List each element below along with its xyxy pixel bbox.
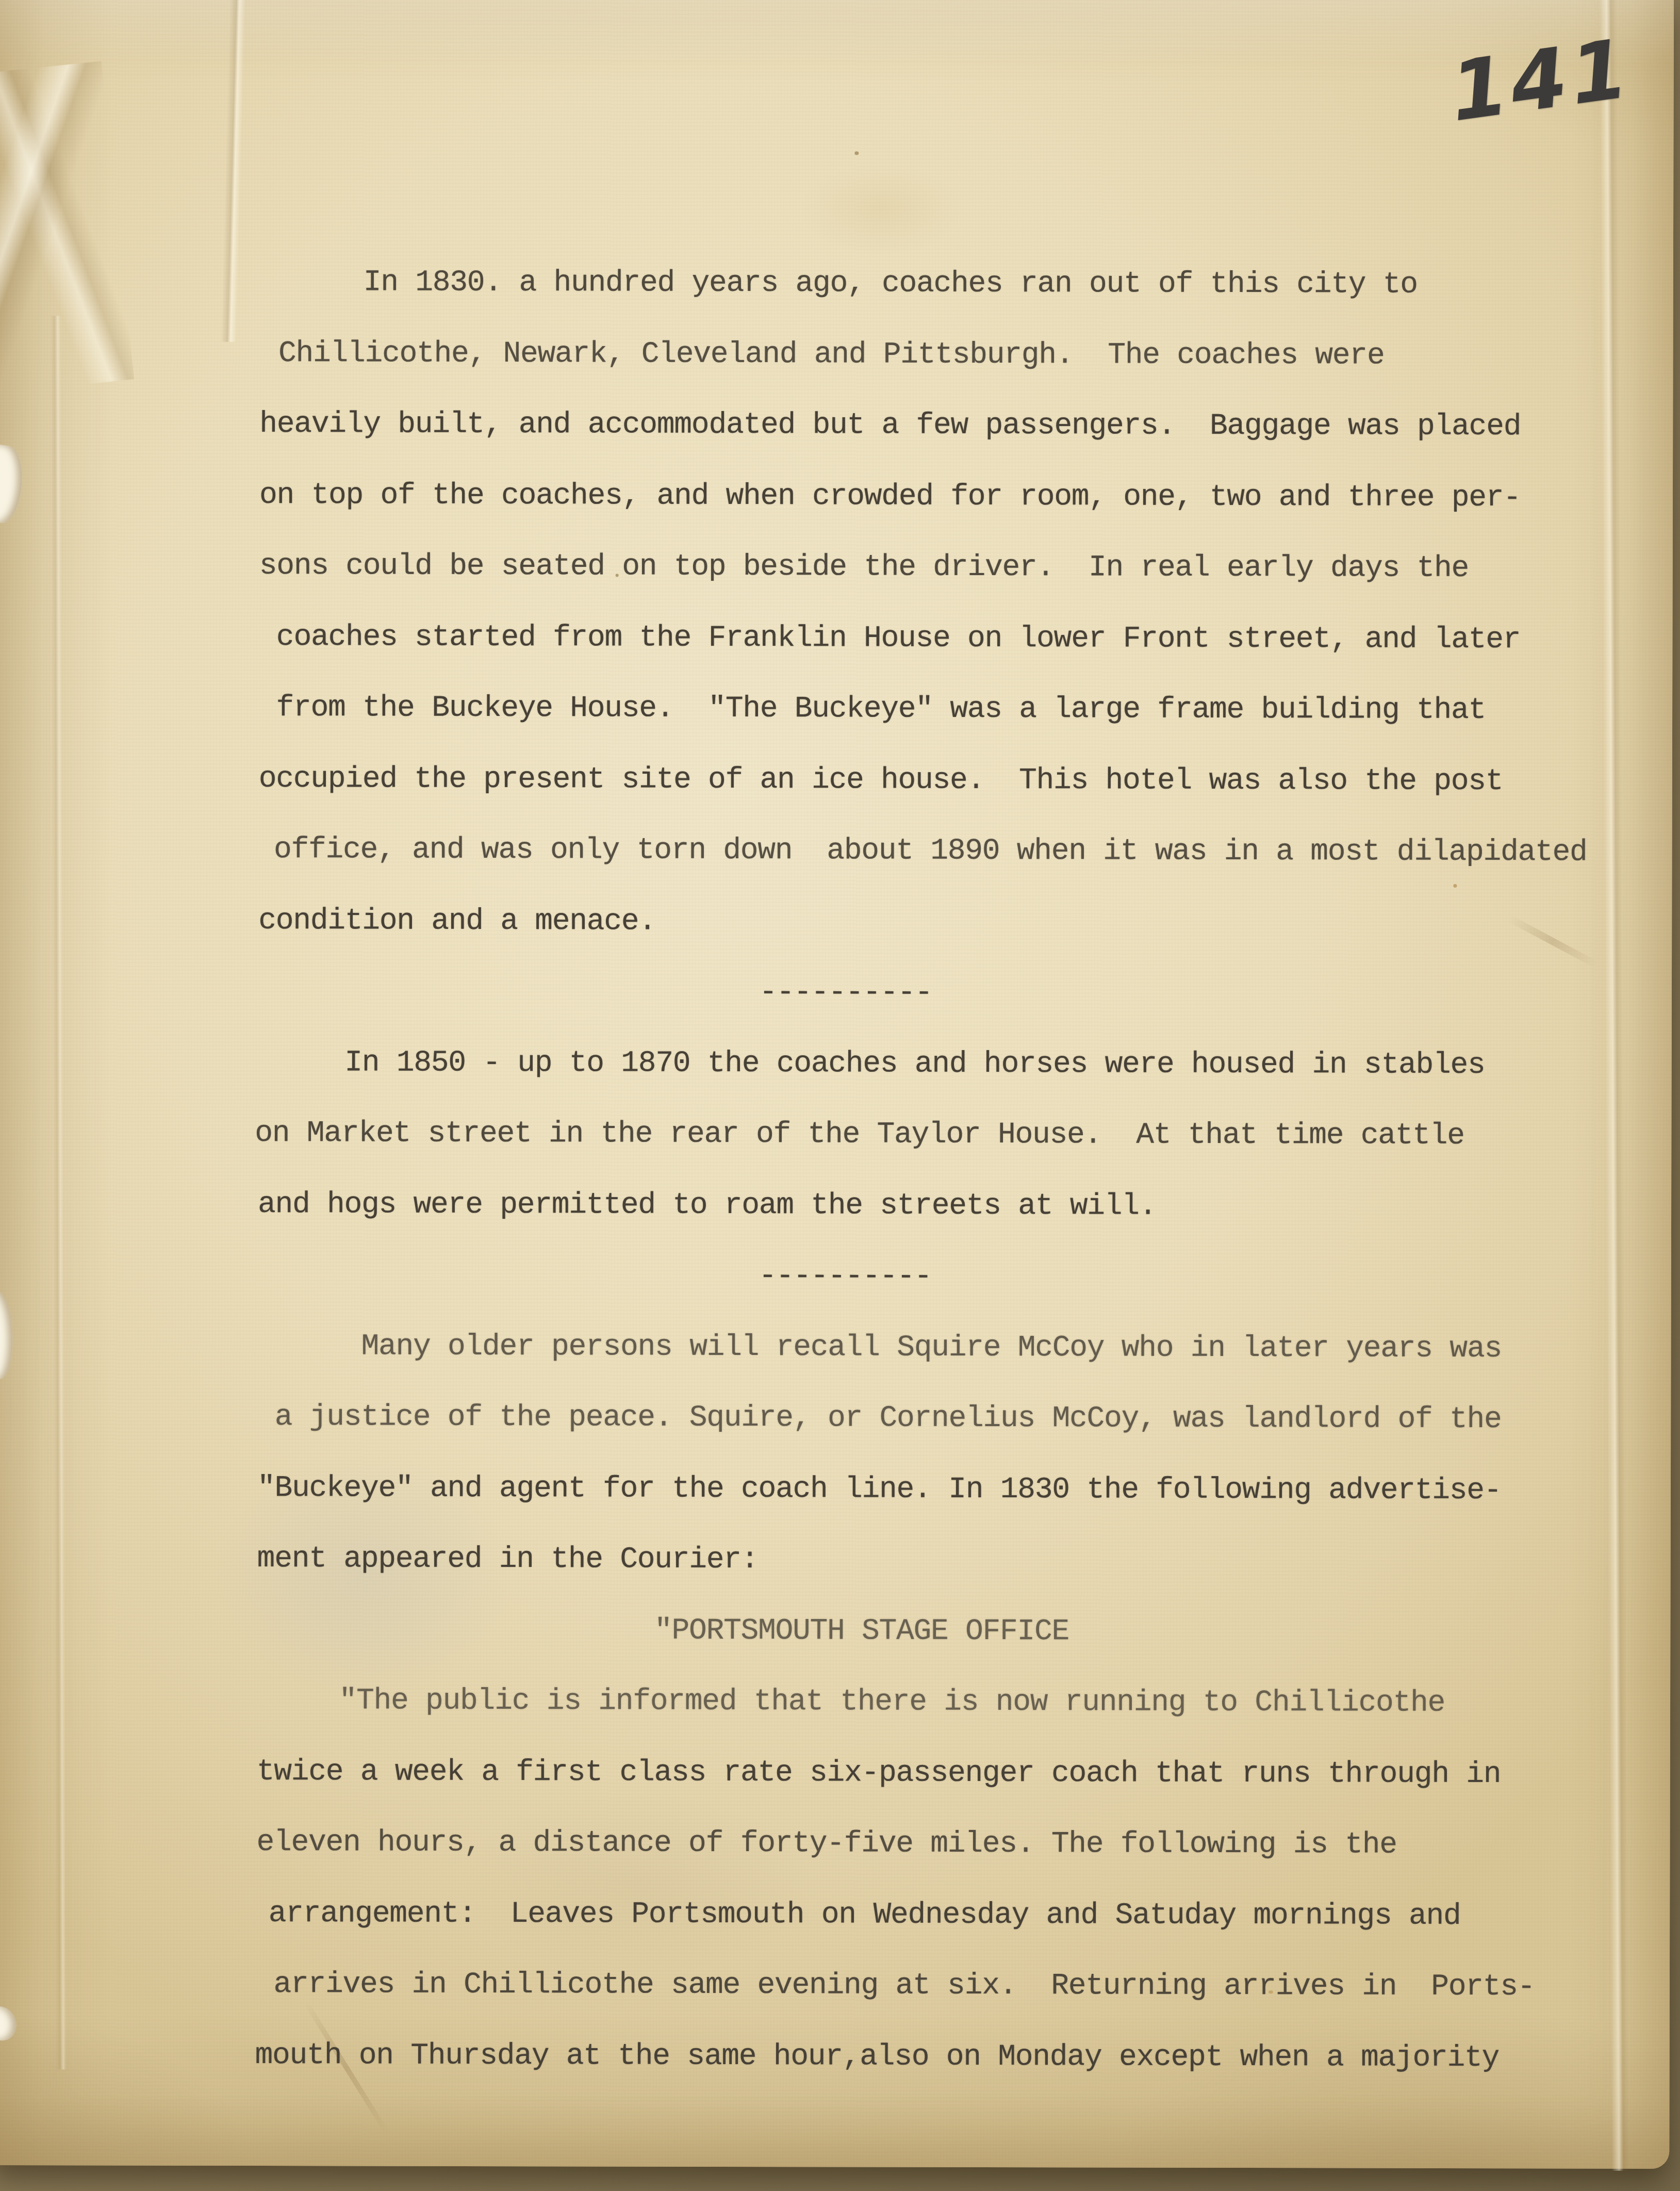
typewritten-line: and hogs were permitted to roam the stre… xyxy=(258,1169,1619,1243)
typewritten-line: a justice of the peace. Squire, or Corne… xyxy=(257,1382,1619,1456)
typewritten-line: "Buckeye" and agent for the coach line. … xyxy=(257,1453,1619,1527)
paper-sheet: 141 In 1830. a hundred years ago, coache… xyxy=(0,0,1674,2169)
typewritten-line: sons could be seated on top beside the d… xyxy=(259,531,1621,604)
typewritten-line: "PORTSMOUTH STAGE OFFICE xyxy=(257,1595,1618,1669)
typewritten-line: coaches started from the Franklin House … xyxy=(259,602,1620,676)
typewritten-line: twice a week a first class rate six-pass… xyxy=(257,1737,1618,1810)
typewritten-line: office, and was only torn down about 189… xyxy=(256,814,1618,888)
typewritten-line: mouth on Thursday at the same hour,also … xyxy=(255,2020,1616,2094)
typewritten-line: "The public is informed that there is no… xyxy=(253,1665,1614,1739)
typewritten-line: heavily built, and accommodated but a fe… xyxy=(259,389,1621,463)
typewritten-line: on Market street in the rear of the Tayl… xyxy=(255,1098,1616,1172)
typewritten-line: ment appeared in the Courier: xyxy=(257,1524,1619,1597)
typewritten-line: In 1830. a hundred years ago, coaches ra… xyxy=(260,247,1621,321)
scanned-page-photo: 141 In 1830. a hundred years ago, coache… xyxy=(0,0,1680,2191)
typewritten-text-block: In 1830. a hundred years ago, coaches ra… xyxy=(256,247,1621,2094)
typewritten-line: eleven hours, a distance of forty-five m… xyxy=(256,1807,1618,1881)
typewritten-line: Many older persons will recall Squire Mc… xyxy=(257,1311,1619,1385)
typewritten-line: from the Buckeye House. "The Buckeye" wa… xyxy=(259,673,1620,746)
typewritten-line: occupied the present site of an ice hous… xyxy=(259,744,1620,817)
paper-speck xyxy=(854,151,859,155)
typewritten-line: condition and a menace. xyxy=(258,886,1620,959)
section-divider-line: ---------- xyxy=(258,956,1620,1030)
typewritten-line: arrangement: Leaves Portsmouth on Wednes… xyxy=(251,1878,1612,1952)
typewritten-line: In 1850 - up to 1870 the coaches and hor… xyxy=(258,1027,1620,1101)
typewritten-line: Chillicothe, Newark, Cleveland and Pitts… xyxy=(261,318,1622,392)
section-divider-line: ---------- xyxy=(258,1240,1619,1314)
typewritten-line: arrives in Chillicothe same evening at s… xyxy=(256,1949,1618,2023)
typewritten-line: on top of the coaches, and when crowded … xyxy=(259,460,1621,534)
